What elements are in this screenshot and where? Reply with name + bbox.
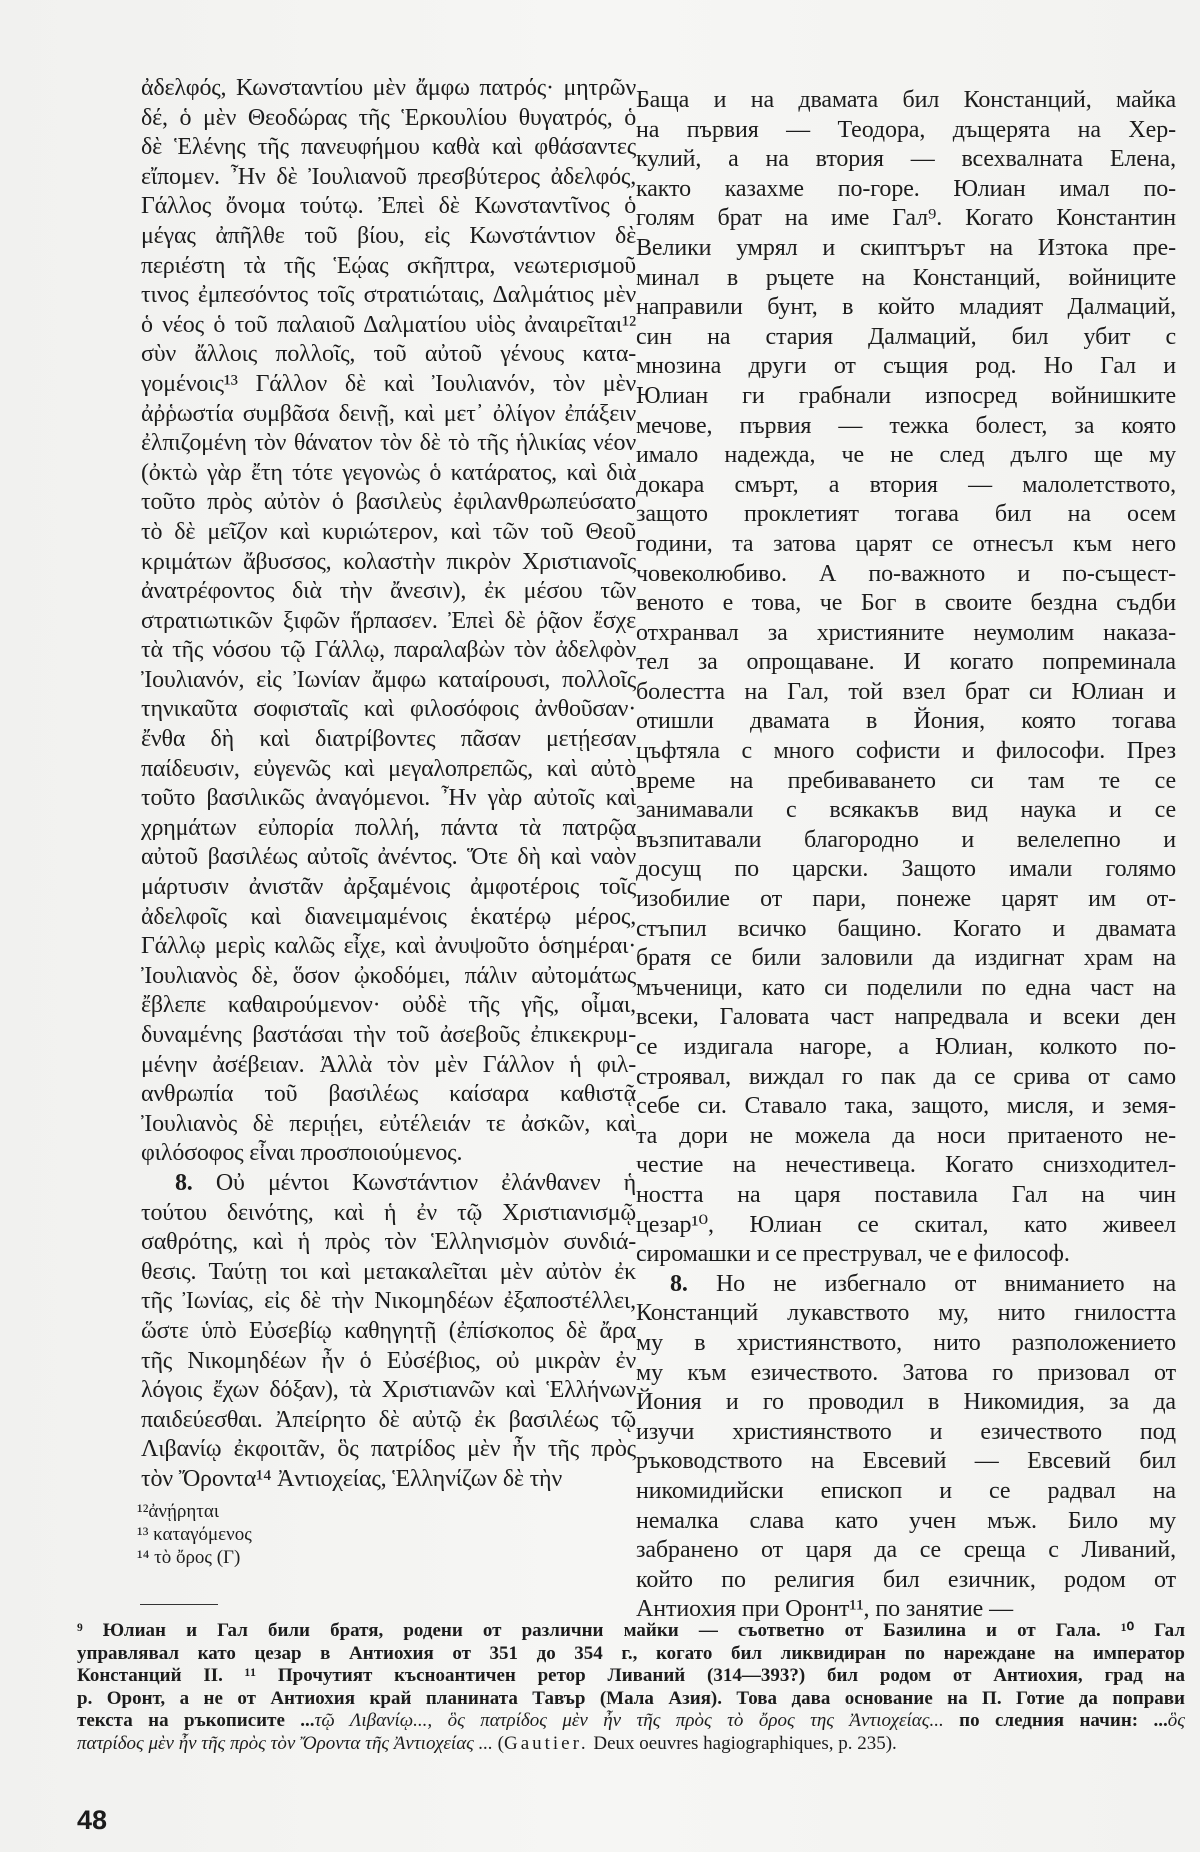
citation-author: Gautier. [504,1733,589,1754]
text-line: докара смърт, а втория — малолетството, [636,471,1176,501]
text-line: занимавали с всякакъв вид наука и се [636,796,1176,826]
greek-text-column: ἀδελφός, Κωνσταντίου μὲν ἄμφω πατρός· μη… [141,74,636,1495]
text-line: човеколюбиво. А по-важното и по-същест- [636,560,1176,590]
text-line: ὁ νέος ὁ τοῦ παλαιοῦ Δαλματίου υἱὸς ἀναι… [141,311,636,341]
text-line: стъпил всичко бащино. Когато и двамата [636,915,1176,945]
text-line: Йония и го проводил в Никомидия, за да [636,1388,1176,1418]
text-line: ръководството на Евсевий — Евсевий бил [636,1447,1176,1477]
text-line: τὸν Ὄροντα¹⁴ Ἀντιοχείας, Ἑλληνίζων δὲ τὴ… [141,1465,636,1495]
text-line: изобилие от пари, понеже царят им от- [636,885,1176,915]
text-line: мечове, първия — тежка болест, за която [636,412,1176,442]
text-line: Ἰουλιανὸς δὲ, ὅσον ᾠκοδόμει, πάλιν αὐτομ… [141,962,636,992]
text-line: (ὀκτὼ γὰρ ἔτη τότε γεγονὼς ὁ κατάρατος, … [141,459,636,489]
text-line: τὸ δὲ μεῖζον καὶ κυριώτερον, καὶ τῶν τοῦ… [141,518,636,548]
footnote-line: ⁹ Юлиан и Гал били братя, родени от разл… [77,1620,1185,1643]
text-line: ἀδελφοῖς καὶ διανειμαμένοις ἑκατέρῳ μέρο… [141,903,636,933]
text-line: τῆς Ἰωνίας, εἰς δὲ τὴν Νικομηδέων ἐξαποσ… [141,1287,636,1317]
text-line: изучи християнството и езичеството под [636,1418,1176,1448]
text-line: ἀῤῥωστία συμβᾶσα δεινῇ, καὶ μετ᾽ ὀλίγον … [141,400,636,430]
text-line: години, та затова царят се отнесъл към н… [636,530,1176,560]
text-line: цъфтяла с много софисти и философи. През [636,737,1176,767]
text-line: 8. Но не избегнало от вниманието на [636,1270,1176,1300]
apparatus-note-12: ¹²ἀνῄρηται [137,1500,252,1523]
text-line: защото проклетият тогава бил на осем [636,500,1176,530]
text-line: χρημάτων εὐπορία πολλή, πάντα τὰ πατρῷα [141,814,636,844]
text-line: Ἰουλιανὸς δὲ περιῄει, εὐτέλειάν τε ἀσκῶν… [141,1110,636,1140]
text-line: 8. Οὐ μέντοι Κωνστάντιον ἐλάνθανεν ἡ [141,1169,636,1199]
section-number: 8. [670,1271,688,1297]
text-line: себе си. Ставало така, защото, мисля, и … [636,1092,1176,1122]
text-line: болестта на Гал, той взел брат си Юлиан … [636,678,1176,708]
text-line: δὲ Ἑλένης τῆς πανευφήμου καθὰ καὶ φθάσαν… [141,133,636,163]
text-line: отишли двамата в Йония, която тогава [636,707,1176,737]
text-line: τηνικαῦτα σοφισταῖς καὶ φιλοσόφοις ἀνθοῦ… [141,695,636,725]
text-line: мнозина други от същия род. Но Гал и [636,352,1176,382]
text-line: Λιβανίῳ ἐκφοιτᾶν, ὃς πατρίδος μὲν ἦν τῆς… [141,1435,636,1465]
text-line: та дори не можела да носи притаеното не- [636,1122,1176,1152]
text-line: син на стария Далмаций, бил убит с [636,323,1176,353]
text-line: кулий, а на втория — всехвалната Елена, [636,145,1176,175]
text-line: Констанций лукавството му, нито гнилостт… [636,1299,1176,1329]
text-line: φιλόσοφος εἶναι προσποιούμενος. [141,1139,636,1169]
footnote-line: текста на ръкописите ...τῷ Λιβανίῳ..., ὃ… [77,1710,1185,1733]
footnote-line: р. Оронт, а не от Антиохия край планинат… [77,1688,1185,1711]
text-line: παίδευσιν, εὐγενῶς καὶ μεγαλοπρεπῶς, καὶ… [141,755,636,785]
footnote-separator-rule [140,1604,218,1605]
text-line: εἴπομεν. Ἦν δὲ Ἰουλιανοῦ πρεσβύτερος ἀδε… [141,163,636,193]
footnote-line: πατρίδος μὲν ἦν τῆς πρὸς τὸν Ὄροντα τῆς … [77,1733,1185,1756]
footnote-text: по следния начин: ... [944,1710,1168,1731]
text-line: който по религия бил езичник, родом от [636,1566,1176,1596]
text-line-content: Οὐ μέντοι Κωνστάντιον ἐλάνθανεν ἡ [216,1170,636,1196]
text-line: никомидийски епископ и се радвал на [636,1477,1176,1507]
apparatus-note-14: ¹⁴ τὸ ὄρος (Γ) [137,1546,252,1569]
text-line: на първия — Теодора, дъщерята на Хер- [636,116,1176,146]
text-line: се издигала нагоре, а Юлиан, колкото по- [636,1033,1176,1063]
text-line: веното е това, че Бог в своите бездна съ… [636,589,1176,619]
text-line: μάρτυσιν ἀνιστᾶν ἀρξαμένοις ἀμφοτέροις τ… [141,873,636,903]
footnote-text: ( [493,1733,504,1754]
text-line: както казахме по-горе. Юлиан имал по- [636,175,1176,205]
footnote-greek-quote: πατρίδος μὲν ἦν τῆς πρὸς τὸν Ὄροντα τῆς … [77,1733,493,1754]
text-line: γομένοις¹³ Γάλλον δὲ καὶ Ἰουλιανόν, τὸν … [141,370,636,400]
text-line: време на пребиваването си там те се [636,767,1176,797]
text-line: тел за опрощаване. И когато попреминала [636,648,1176,678]
text-line: τῆς Νικομηδέων ἦν ὁ Εὐσέβιος, οὐ μικρὰν … [141,1347,636,1377]
text-line: Ἰουλιανόν, εἰς Ἰωνίαν ἄμφω καταίρουσι, π… [141,666,636,696]
text-line: му към езичеството. Затова го призовал о… [636,1359,1176,1389]
text-line: му в християнството, нито разположението [636,1329,1176,1359]
book-page: ἀδελφός, Κωνσταντίου μὲν ἄμφω πατρός· μη… [0,0,1200,1852]
text-line: Баща и на двамата бил Констанций, майка [636,86,1176,116]
text-line: τὰ τῆς νόσου τῷ Γάλλῳ, παραλαβὼν τὸν ἀδε… [141,636,636,666]
text-line: ἔνθα δὴ καὶ διατρίβοντες πᾶσαν μετῄεσαν [141,725,636,755]
text-line: мъченици, като си поделили по една част … [636,974,1176,1004]
text-line: σὺν ἄλλοις πολλοῖς, τοῦ αὐτοῦ γένους κατ… [141,340,636,370]
text-line: имало надежда, че не след дълго ще му [636,441,1176,471]
text-line: минал в ръцете на Констанций, войниците [636,264,1176,294]
apparatus-note-13: ¹³ καταγόμενος [137,1523,252,1546]
text-line: σαθρότης, καὶ ἡ πρὸς τὸν Ἑλληνισμὸν συνδ… [141,1228,636,1258]
text-line: всеки, Галовата част напредвала и всеки … [636,1003,1176,1033]
text-line: ността на царя поставила Гал на чин [636,1181,1176,1211]
footnote-greek-quote: τῷ Λιβανίῳ..., ὃς πατρίδος μὲν ἦν τῆς πρ… [315,1710,944,1731]
text-line: сиромашки и се преструвал, че е философ. [636,1240,1176,1270]
text-line: ὥστε ὑπὸ Εὐσεβίῳ καθηγητῇ (ἐπίσκοπος δὲ … [141,1317,636,1347]
footnote-text: текста на ръкописите ... [77,1710,315,1731]
text-line: λόγοις ἔχων δόξαν), τὰ Χριστιανῶν καὶ Ἑλ… [141,1376,636,1406]
text-line: παιδεύεσθαι. Ἀπείρητο δὲ αὐτῷ ἐκ βασιλέω… [141,1406,636,1436]
text-line: ἐλπιζομένη τὸν θάνατον τὸν δὲ τὸ τῆς ἡλι… [141,429,636,459]
text-line: честие на нечестивеца. Когато снизходите… [636,1151,1176,1181]
text-line: Велики умрял и скиптърът на Изтока пре- [636,234,1176,264]
footnote-line: Констанций II. ¹¹ Прочутият късноантичен… [77,1665,1185,1688]
text-line: ἀνατρέφοντος διὰ τὴν ἄνεσιν), ἐκ μέσου τ… [141,577,636,607]
text-line: δυναμένης βαστάσαι τὴν τοῦ ἀσεβοῦς ἐπικε… [141,1021,636,1051]
section-number: 8. [175,1170,193,1196]
text-line: τούτου δεινότης, καὶ ἡ ἐν τῷ Χριστιανισμ… [141,1199,636,1229]
text-line: братя се били заловили да издигнат храм … [636,944,1176,974]
text-line: τοῦτο βασιλικῶς ἀναγόμενοι. Ἦν γὰρ αὐτοῖ… [141,784,636,814]
text-line: αὐτοῦ βασιλέως αὐτοῖς ἀνέντος. Ὅτε δὴ κα… [141,843,636,873]
text-line: Γάλλος ὄνομα τούτῳ. Ἐπεὶ δὲ Κωνσταντῖνος… [141,192,636,222]
footnote-greek-quote: ὃς [1168,1710,1185,1731]
critical-apparatus: ¹²ἀνῄρηται ¹³ καταγόμενος ¹⁴ τὸ ὄρος (Γ) [137,1500,252,1569]
bulgarian-translation-column: Баща и на двамата бил Констанций, майкан… [636,86,1176,1625]
text-line: ανθρωπία τοῦ βασιλέως καίσαρα καθιστᾷ [141,1080,636,1110]
text-line: досущ по царски. Защото имали голямо [636,855,1176,885]
text-line: голям брат на име Гал⁹. Когато Константи… [636,204,1176,234]
text-line: ἀδελφός, Κωνσταντίου μὲν ἄμφω πατρός· μη… [141,74,636,104]
page-number: 48 [77,1805,107,1836]
text-line: περιέστη τὰ τῆς Ἑῴας σκῆπτρα, νεωτερισμο… [141,252,636,282]
text-line: στρατιωτικῶν ξιφῶν ἥρπασεν. Ἐπεὶ δὲ ῥᾷον… [141,607,636,637]
text-line: цезар¹⁰, Юлиан се скитал, като живеел [636,1211,1176,1241]
text-line: Юлиан ги грабнали изпосред войнишките [636,382,1176,412]
text-line: направили бунт, в който младият Далмаций… [636,293,1176,323]
text-line: τοῦτο πρὸς αὐτὸν ὁ βασιλεὺς ἐφιλανθρωπεύ… [141,488,636,518]
text-line: δέ, ὁ μὲν Θεοδώρας τῆς Ἑρκουλίου θυγατρό… [141,104,636,134]
text-line: ἔβλεπε καθαιρούμενον· οὐδὲ τῆς γῆς, οἶμα… [141,991,636,1021]
footnote-line: управлявал като цезар в Антиохия от 351 … [77,1643,1185,1666]
text-line: строявал, виждал го пак да се срива от с… [636,1063,1176,1093]
text-line: немалка слава като учен мъж. Било му [636,1507,1176,1537]
text-line: τινος ἐμπεσόντος τοῖς στρατιώταις, Δαλμά… [141,281,636,311]
text-line: Γάλλῳ μερὶς καλῶς εἶχε, καὶ ἀνυψοῦτο ὁση… [141,932,636,962]
text-line: μένην ἀσέβειαν. Ἀλλὰ τὸν μὲν Γάλλον ἡ φι… [141,1051,636,1081]
citation-title: Deux oeuvres hagiographiques, p. 235). [589,1733,897,1754]
text-line: отхранвал за християните неумолим наказа… [636,619,1176,649]
text-line: κριμάτων ἄβυσσος, κολαστὴν πικρὸν Χριστι… [141,548,636,578]
footnotes: ⁹ Юлиан и Гал били братя, родени от разл… [77,1620,1185,1755]
text-line-content: Но не избегнало от вниманието на [716,1271,1176,1297]
text-line: μέγας ἀπῆλθε τοῦ βίου, εἰς Κωνστάντιον δ… [141,222,636,252]
text-line: възпитавали благородно и велелепно и [636,826,1176,856]
text-line: забранено от царя да се среща с Ливаний, [636,1536,1176,1566]
text-line: θεσις. Ταύτῃ τοι καὶ μετακαλεῖται μὲν αὐ… [141,1258,636,1288]
